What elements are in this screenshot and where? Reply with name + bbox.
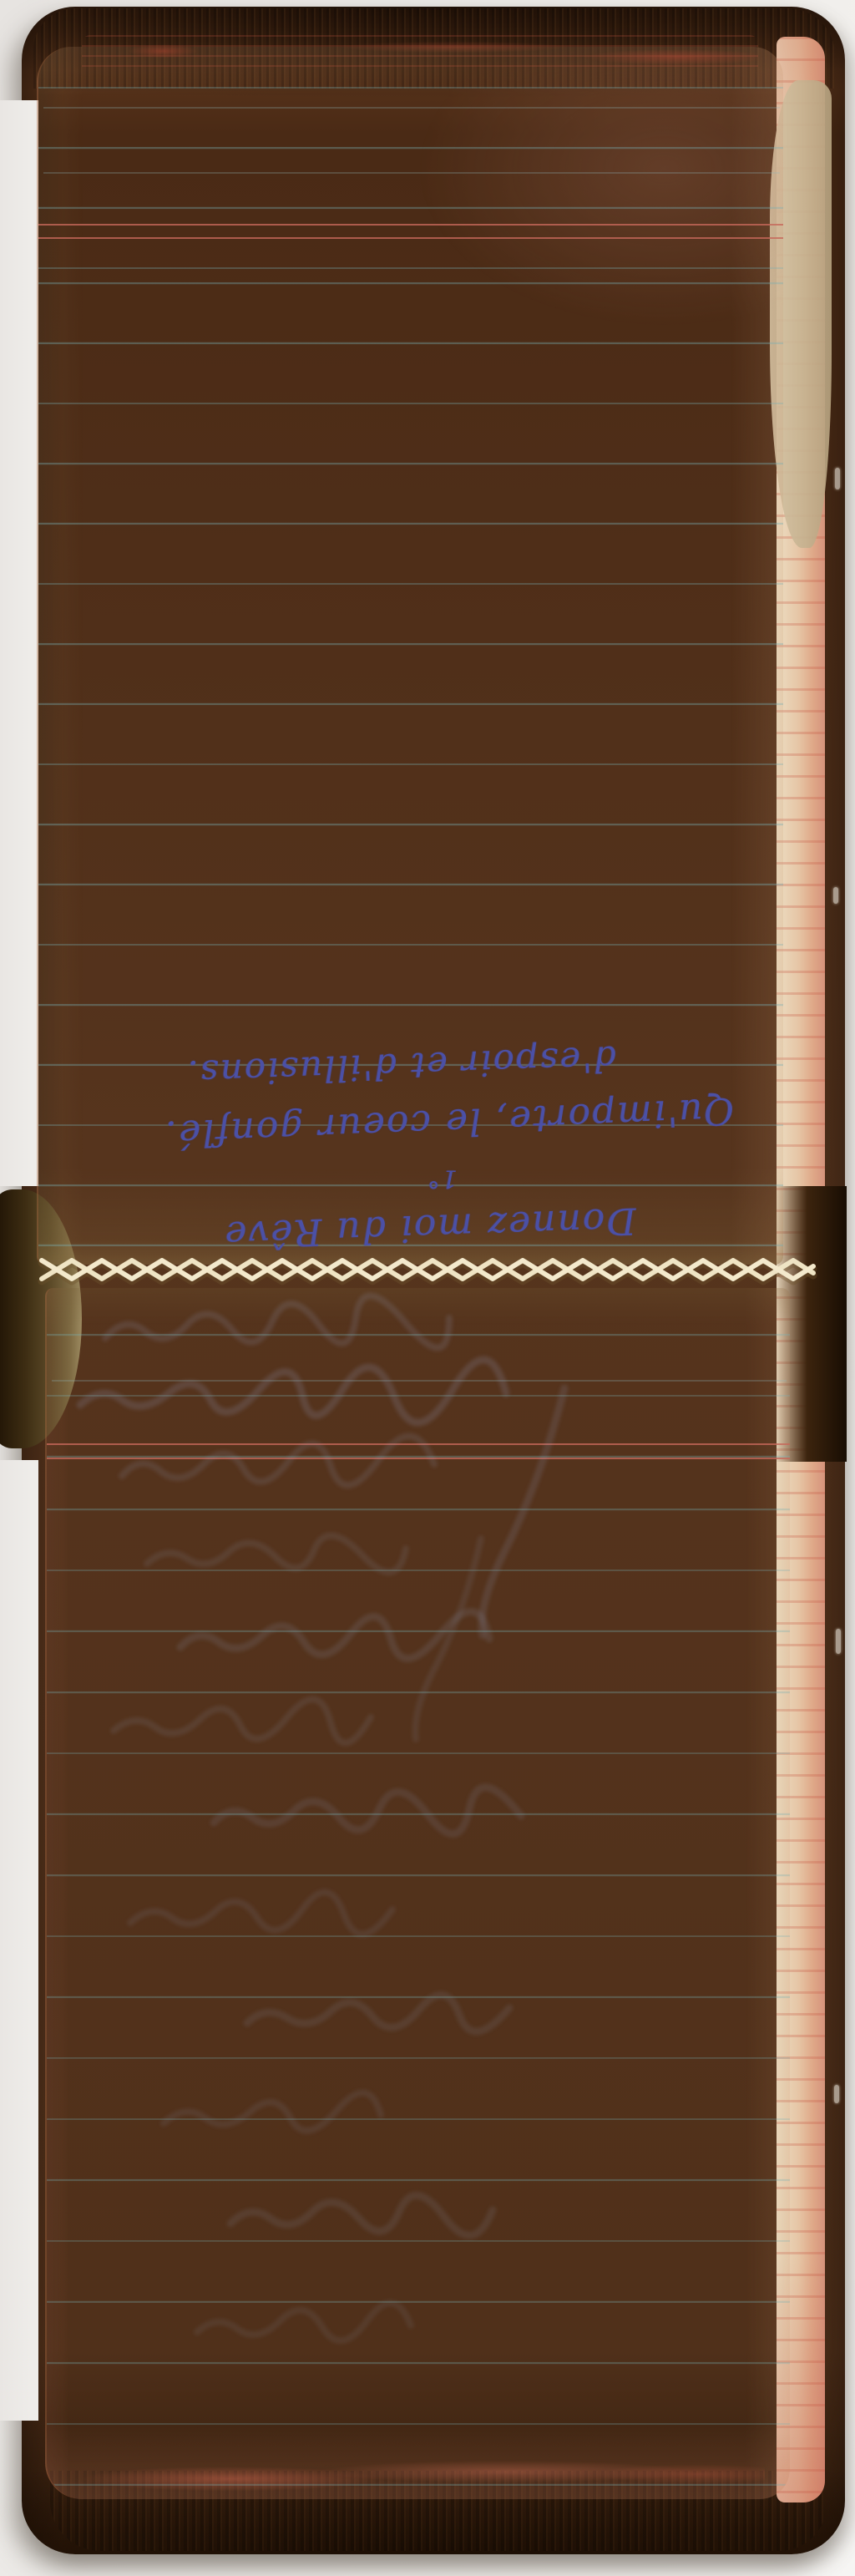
leather-gloss-highlight bbox=[835, 468, 840, 489]
ink-showthrough-traces bbox=[47, 1288, 790, 2499]
leather-gloss-highlight bbox=[833, 887, 838, 904]
bottom-page bbox=[45, 1288, 790, 2499]
leather-gloss-highlight bbox=[836, 1629, 841, 1654]
handwriting-line: Donnez moi du Rêve bbox=[83, 1197, 637, 1262]
red-margin-line bbox=[47, 1458, 790, 1459]
ruled-line-faint bbox=[43, 172, 780, 174]
ruled-line-faint bbox=[52, 1380, 787, 1382]
red-margin-line bbox=[38, 237, 783, 239]
handwriting-line: Qu'importe, le coeur gonflé. bbox=[83, 1088, 736, 1161]
handwritten-note: Donnez moi du Rêve 1° Qu'importe, le coe… bbox=[83, 959, 735, 1253]
red-margin-line bbox=[38, 224, 783, 226]
backdrop-left-upper bbox=[0, 100, 38, 1186]
red-stain-bottom-edge bbox=[80, 2451, 765, 2497]
leather-gloss-highlight bbox=[834, 2085, 839, 2103]
handwriting-line: 1° bbox=[83, 1163, 458, 1194]
notebook-photo: Donnez moi du Rêve 1° Qu'importe, le coe… bbox=[0, 0, 855, 2576]
red-margin-line bbox=[47, 1443, 790, 1445]
red-stain-top-edge bbox=[82, 35, 758, 75]
ruled-line-faint bbox=[43, 107, 780, 109]
backdrop-left-lower bbox=[0, 1460, 38, 2421]
handwriting-line: d'espoir et d'illusions. bbox=[83, 1037, 616, 1099]
